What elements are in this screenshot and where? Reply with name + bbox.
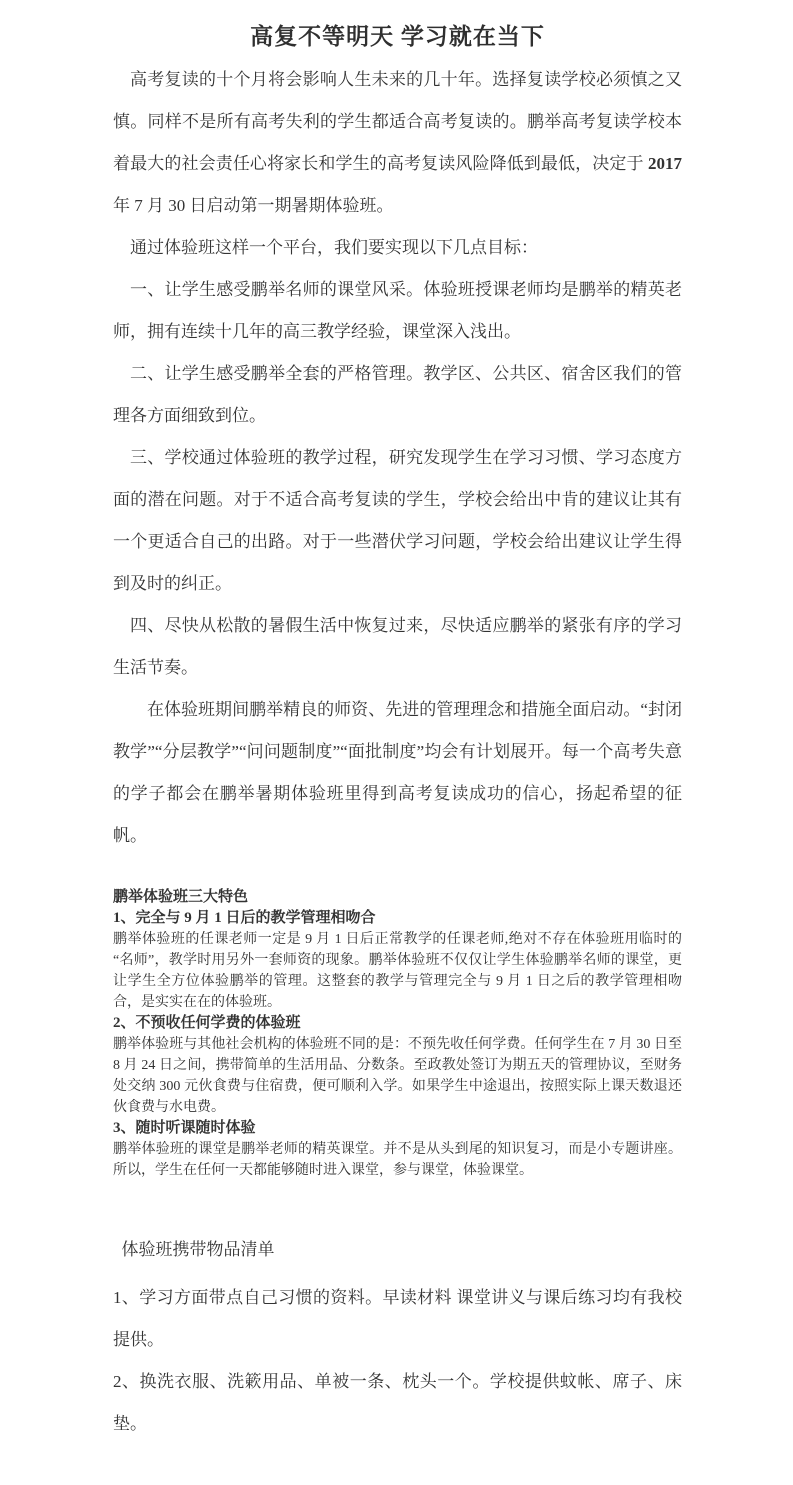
intro-paragraph-summary: 在体验班期间鹏举精良的师资、先进的管理理念和措施全面启动。“封闭教学”“分层教学… [113,689,682,857]
feature-3-title: 3、随时听课随时体验 [113,1118,682,1139]
features-heading: 鹏举体验班三大特色 [113,887,682,908]
feature-3-body: 鹏举体验班的课堂是鹏举老师的精英课堂。并不是从头到尾的知识复习，而是小专题讲座。… [113,1139,682,1181]
intro-paragraph-1: 高考复读的十个月将会影响人生未来的几十年。选择复读学校必须慎之又慎。同样不是所有… [113,59,682,227]
intro-paragraph-goal-3: 三、学校通过体验班的教学过程，研究发现学生在学习习惯、学习态度方面的潜在问题。对… [113,437,682,605]
intro-paragraph-1-post: 年 7 月 30 日启动第一期暑期体验班。 [113,196,394,215]
checklist-item-2: 2、换洗衣服、洗簌用品、单被一条、枕头一个。学校提供蚊帐、席子、床垫。 [113,1361,682,1445]
intro-paragraph-1-pre: 高考复读的十个月将会影响人生未来的几十年。选择复读学校必须慎之又慎。同样不是所有… [113,70,682,173]
feature-2-body: 鹏举体验班与其他社会机构的体验班不同的是：不预先收任何学费。任何学生在 7 月 … [113,1034,682,1118]
intro-paragraph-goal-2: 二、让学生感受鹏举全套的严格管理。教学区、公共区、宿舍区我们的管理各方面细致到位… [113,353,682,437]
feature-1-body: 鹏举体验班的任课老师一定是 9 月 1 日后正常教学的任课老师,绝对不存在体验班… [113,929,682,1013]
features-section: 鹏举体验班三大特色 1、完全与 9 月 1 日后的教学管理相吻合 鹏举体验班的任… [113,887,682,1181]
intro-paragraph-goal-1: 一、让学生感受鹏举名师的课堂风采。体验班授课老师均是鹏举的精英老师，拥有连续十几… [113,269,682,353]
checklist-heading: 体验班携带物品清单 [113,1229,682,1271]
document-page: 高复不等明天 学习就在当下 高考复读的十个月将会影响人生未来的几十年。选择复读学… [0,0,793,1485]
checklist-section: 体验班携带物品清单 1、学习方面带点自己习惯的资料。早读材料 课堂讲义与课后练习… [113,1229,682,1445]
intro-paragraph-goals: 通过体验班这样一个平台，我们要实现以下几点目标： [113,227,682,269]
intro-paragraph-1-year: 2017 [648,154,682,173]
intro-paragraph-goal-4: 四、尽快从松散的暑假生活中恢复过来，尽快适应鹏举的紧张有序的学习生活节奏。 [113,605,682,689]
intro-section: 高考复读的十个月将会影响人生未来的几十年。选择复读学校必须慎之又慎。同样不是所有… [113,59,682,857]
feature-2-title: 2、不预收任何学费的体验班 [113,1013,682,1034]
checklist-item-1: 1、学习方面带点自己习惯的资料。早读材料 课堂讲义与课后练习均有我校提供。 [113,1277,682,1361]
page-title: 高复不等明天 学习就在当下 [113,18,682,51]
feature-1-title: 1、完全与 9 月 1 日后的教学管理相吻合 [113,908,682,929]
